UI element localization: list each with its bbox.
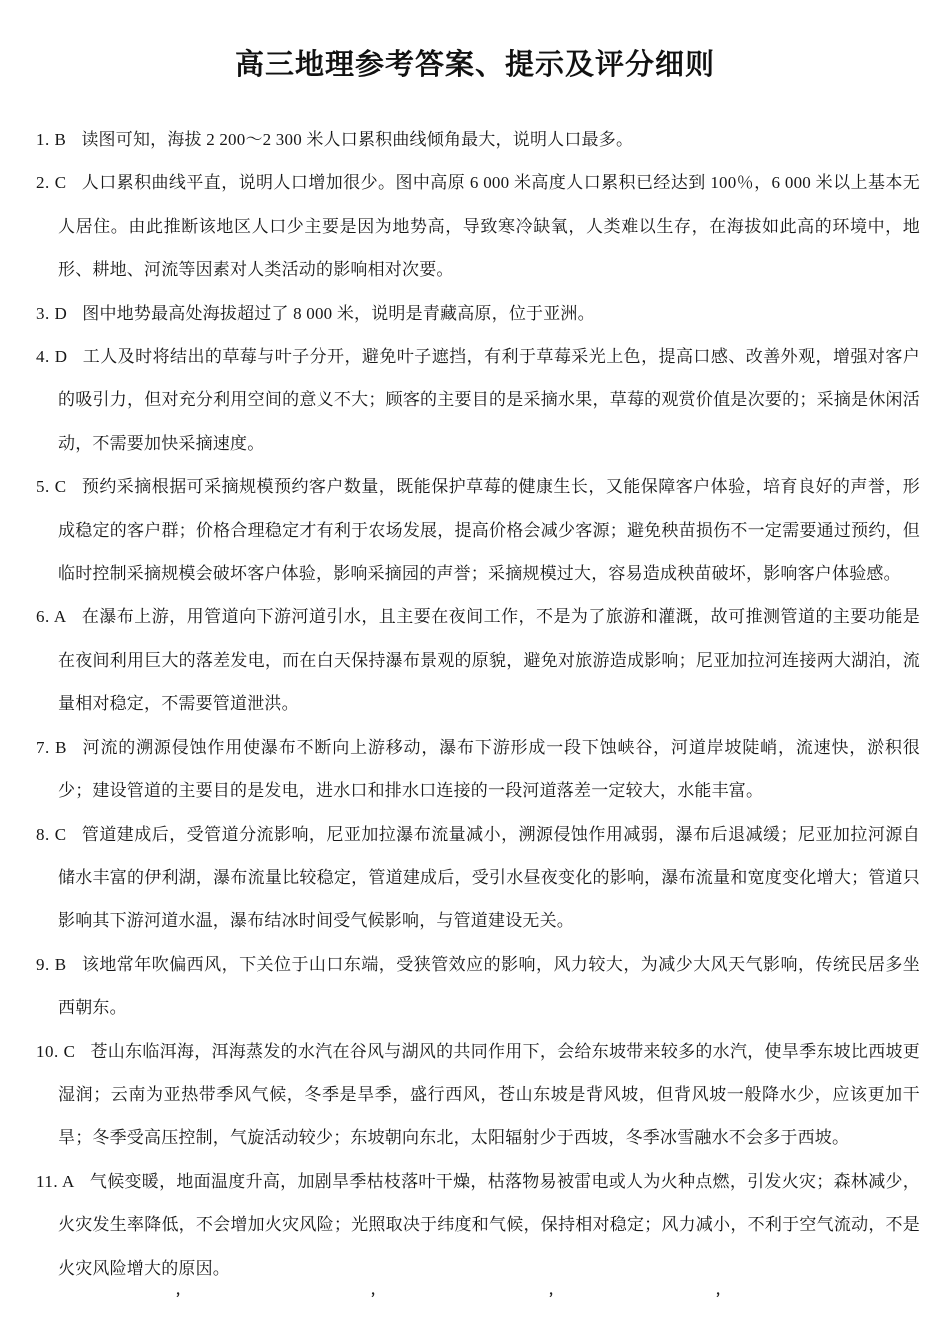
answer-label: 7. B — [36, 738, 67, 757]
answer-item-6: 6. A在瀑布上游，用管道向下游河道引水，且主要在夜间工作，不是为了旅游和灌溉，… — [36, 595, 920, 725]
answer-item-8: 8. C管道建成后，受管道分流影响，尼亚加拉瀑布流量减小，溯源侵蚀作用减弱，瀑布… — [36, 813, 920, 943]
answer-text: 河流的溯源侵蚀作用使瀑布不断向上游移动，瀑布下游形成一段下蚀峡谷，河道岸坡陡峭，… — [58, 738, 920, 800]
answer-label: 9. B — [36, 955, 67, 974]
answer-label: 8. C — [36, 825, 67, 844]
answer-item-4: 4. D工人及时将结出的草莓与叶子分开，避免叶子遮挡，有利于草莓采光上色，提高口… — [36, 335, 920, 465]
crop-mark: ， — [176, 1283, 189, 1296]
crop-mark: ， — [371, 1283, 384, 1296]
answer-item-2: 2. C人口累积曲线平直，说明人口增加很少。图中高原 6 000 米高度人口累积… — [36, 161, 920, 291]
answer-item-9: 9. B该地常年吹偏西风，下关位于山口东端，受狭管效应的影响，风力较大，为减少大… — [36, 943, 920, 1030]
answer-label: 6. A — [36, 607, 67, 626]
answer-text: 苍山东临洱海，洱海蒸发的水汽在谷风与湖风的共同作用下，会给东坡带来较多的水汽，使… — [58, 1042, 920, 1148]
answer-text: 图中地势最高处海拔超过了 8 000 米，说明是青藏高原，位于亚洲。 — [82, 304, 595, 323]
answer-label: 11. A — [36, 1172, 75, 1191]
answer-text: 管道建成后，受管道分流影响，尼亚加拉瀑布流量减小，溯源侵蚀作用减弱，瀑布后退减缓… — [58, 825, 920, 931]
answer-text: 在瀑布上游，用管道向下游河道引水，且主要在夜间工作，不是为了旅游和灌溉，故可推测… — [58, 607, 920, 713]
answer-text: 预约采摘根据可采摘规模预约客户数量，既能保护草莓的健康生长，又能保障客户体验，培… — [58, 477, 920, 583]
answer-label: 3. D — [36, 304, 67, 323]
answer-label: 10. C — [36, 1042, 75, 1061]
page-title: 高三地理参考答案、提示及评分细则 — [0, 44, 950, 86]
answer-item-1: 1. B读图可知，海拔 2 200～2 300 米人口累积曲线倾角最大，说明人口… — [36, 118, 920, 161]
answer-text: 读图可知，海拔 2 200～2 300 米人口累积曲线倾角最大，说明人口最多。 — [81, 130, 633, 149]
crop-mark: ， — [549, 1283, 562, 1296]
answer-text: 人口累积曲线平直，说明人口增加很少。图中高原 6 000 米高度人口累积已经达到… — [58, 173, 920, 279]
answer-label: 5. C — [36, 477, 67, 496]
answer-label: 1. B — [36, 130, 66, 149]
answer-item-3: 3. D图中地势最高处海拔超过了 8 000 米，说明是青藏高原，位于亚洲。 — [36, 292, 920, 335]
answer-item-11: 11. A气候变暖，地面温度升高，加剧旱季枯枝落叶干燥，枯落物易被雷电或人为火种… — [36, 1160, 920, 1290]
answer-text: 气候变暖，地面温度升高，加剧旱季枯枝落叶干燥，枯落物易被雷电或人为火种点燃，引发… — [58, 1172, 920, 1278]
answer-list: 1. B读图可知，海拔 2 200～2 300 米人口累积曲线倾角最大，说明人口… — [36, 118, 920, 1290]
answer-label: 2. C — [36, 173, 67, 192]
answer-item-5: 5. C预约采摘根据可采摘规模预约客户数量，既能保护草莓的健康生长，又能保障客户… — [36, 465, 920, 595]
answer-item-7: 7. B河流的溯源侵蚀作用使瀑布不断向上游移动，瀑布下游形成一段下蚀峡谷，河道岸… — [36, 726, 920, 813]
crop-mark: ， — [716, 1283, 729, 1296]
answer-item-10: 10. C苍山东临洱海，洱海蒸发的水汽在谷风与湖风的共同作用下，会给东坡带来较多… — [36, 1030, 920, 1160]
answer-text: 该地常年吹偏西风，下关位于山口东端，受狭管效应的影响，风力较大，为减少大风天气影… — [58, 955, 920, 1017]
answer-text: 工人及时将结出的草莓与叶子分开，避免叶子遮挡，有利于草莓采光上色，提高口感、改善… — [58, 347, 920, 453]
answer-label: 4. D — [36, 347, 68, 366]
